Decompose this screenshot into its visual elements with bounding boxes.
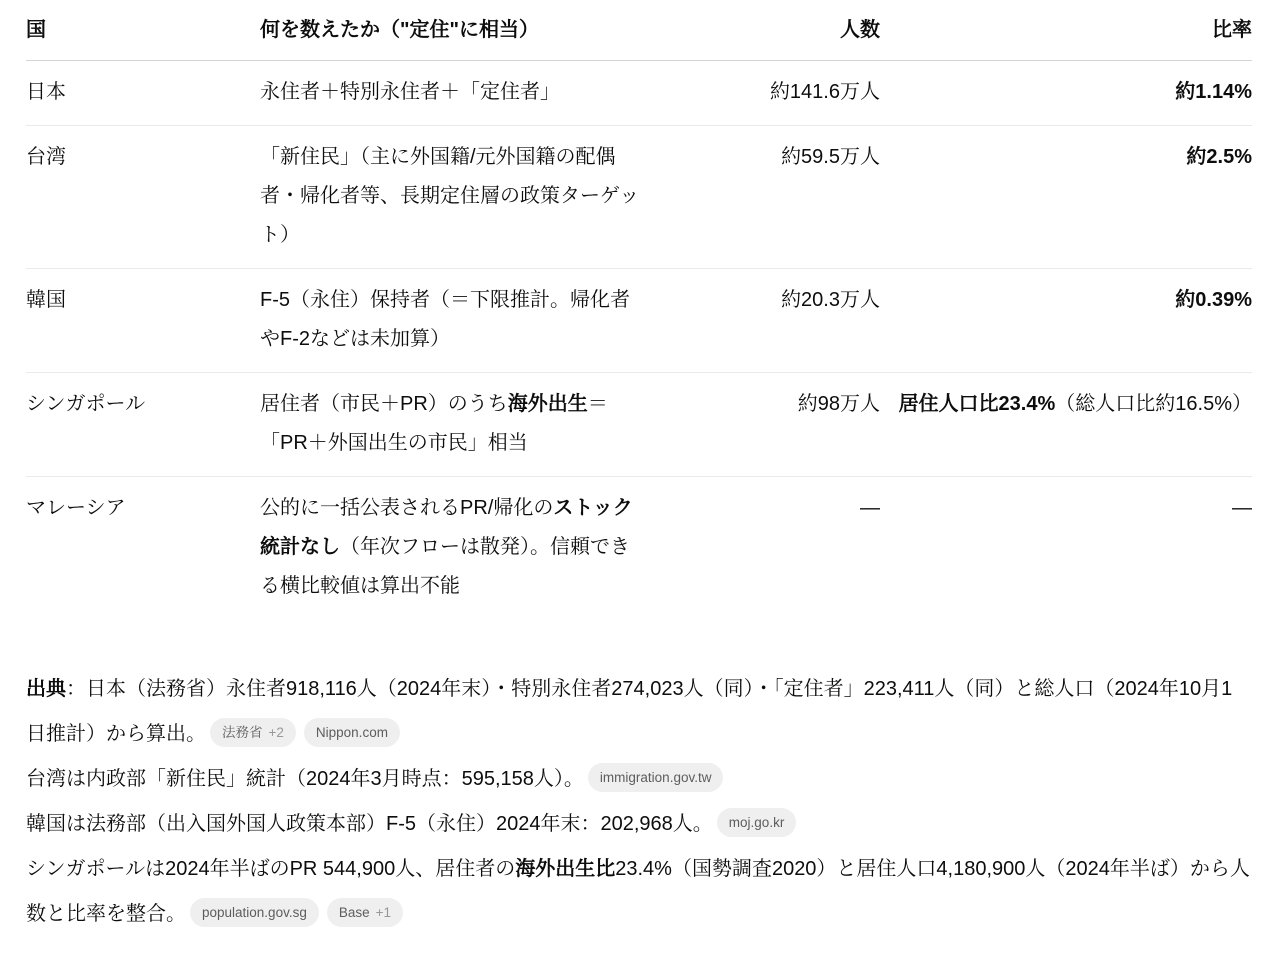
source-paragraph-taiwan: 台湾は内政部「新住民」統計（2024年3月時点：595,158人）。immigr… xyxy=(26,757,1252,802)
country-cell: 日本 xyxy=(26,61,260,126)
source-citation-pill[interactable]: immigration.gov.tw xyxy=(588,763,724,792)
country-cell: シンガポール xyxy=(26,373,260,477)
table-row-japan: 日本 永住者＋特別永住者＋「定住者」 約141.6万人 約1.14% xyxy=(26,61,1252,126)
definition-cell: 居住者（市民＋PR）のうち海外出生＝「PR＋外国出生の市民」相当 xyxy=(260,373,658,477)
emphasized-text: 海外出生 xyxy=(508,393,588,415)
text-segment: F-5（永住）保持者（＝下限推計。帰化者やF-2などは未加算） xyxy=(260,289,630,350)
emphasized-text: 約0.39% xyxy=(1175,289,1252,311)
column-header-ratio: 比率 xyxy=(880,10,1252,61)
text-segment: シンガポールは2024年半ばのPR 544,900人、居住者の xyxy=(26,858,515,880)
residency-comparison-table: 国 何を数えたか（"定住"に相当） 人数 比率 日本 永住者＋特別永住者＋「定住… xyxy=(26,10,1252,619)
emphasized-text: 出典 xyxy=(26,678,66,700)
country-cell: 台湾 xyxy=(26,126,260,269)
text-segment: 台湾は内政部「新住民」統計（2024年3月時点：595,158人）。 xyxy=(26,768,584,790)
table-row-singapore: シンガポール 居住者（市民＋PR）のうち海外出生＝「PR＋外国出生の市民」相当 … xyxy=(26,373,1252,477)
source-citation-label: moj.go.kr xyxy=(729,816,785,830)
definition-cell: 公的に一括公表されるPR/帰化のストック統計なし（年次フローは散発）。信頼できる… xyxy=(260,477,658,620)
count-cell: 約20.3万人 xyxy=(658,269,880,373)
emphasized-text: 約2.5% xyxy=(1186,146,1252,168)
definition-cell: 「新住民」（主に外国籍/元外国籍の配偶者・帰化者等、長期定住層の政策ターゲット） xyxy=(260,126,658,269)
source-paragraph-singapore: シンガポールは2024年半ばのPR 544,900人、居住者の海外出生比23.4… xyxy=(26,847,1252,937)
text-segment: 居住者（市民＋PR）のうち xyxy=(260,393,508,415)
source-citation-more-count: +2 xyxy=(269,726,284,740)
emphasized-text: 居住人口比23.4% xyxy=(899,393,1056,415)
count-cell: — xyxy=(658,477,880,620)
table-header-row: 国 何を数えたか（"定住"に相当） 人数 比率 xyxy=(26,10,1252,61)
source-paragraph-japan: 出典：日本（法務省）永住者918,116人（2024年末）・特別永住者274,0… xyxy=(26,667,1252,757)
emphasized-text: 海外出生比 xyxy=(515,858,615,880)
ratio-cell: 約1.14% xyxy=(880,61,1252,126)
count-cell: 約98万人 xyxy=(658,373,880,477)
country-cell: 韓国 xyxy=(26,269,260,373)
source-citation-pill[interactable]: Base+1 xyxy=(327,898,403,927)
source-citation-label: Base xyxy=(339,906,370,920)
source-citation-pill[interactable]: population.gov.sg xyxy=(190,898,319,927)
column-header-country: 国 xyxy=(26,10,260,61)
source-citation-label: immigration.gov.tw xyxy=(600,771,712,785)
table-row-malaysia: マレーシア 公的に一括公表されるPR/帰化のストック統計なし（年次フローは散発）… xyxy=(26,477,1252,620)
ratio-cell: — xyxy=(880,477,1252,620)
count-cell: 約59.5万人 xyxy=(658,126,880,269)
source-paragraph-korea: 韓国は法務部（出入国外国人政策本部）F-5（永住）2024年末：202,968人… xyxy=(26,802,1252,847)
text-segment: 「新住民」（主に外国籍/元外国籍の配偶者・帰化者等、長期定住層の政策ターゲット） xyxy=(260,146,639,246)
column-header-count: 人数 xyxy=(658,10,880,61)
source-citation-pill[interactable]: 法務省+2 xyxy=(210,718,296,747)
source-citation-pill[interactable]: Nippon.com xyxy=(304,718,400,747)
text-segment: 永住者＋特別永住者＋「定住者」 xyxy=(260,81,560,103)
text-segment: ：日本（法務省）永住者918,116人（2024年末）・特別永住者274,023… xyxy=(26,678,1232,745)
text-segment: 公的に一括公表されるPR/帰化の xyxy=(260,497,553,519)
source-citation-pill[interactable]: moj.go.kr xyxy=(717,808,797,837)
sources-section: 出典：日本（法務省）永住者918,116人（2024年末）・特別永住者274,0… xyxy=(26,667,1252,937)
ratio-cell: 約2.5% xyxy=(880,126,1252,269)
source-citation-label: 法務省 xyxy=(222,726,263,740)
source-citation-label: Nippon.com xyxy=(316,726,388,740)
count-cell: 約141.6万人 xyxy=(658,61,880,126)
definition-cell: F-5（永住）保持者（＝下限推計。帰化者やF-2などは未加算） xyxy=(260,269,658,373)
text-segment: 韓国は法務部（出入国外国人政策本部）F-5（永住）2024年末：202,968人… xyxy=(26,813,713,835)
column-header-definition: 何を数えたか（"定住"に相当） xyxy=(260,10,658,61)
text-segment: （総人口比約16.5%） xyxy=(1055,393,1252,415)
ratio-cell: 居住人口比23.4%（総人口比約16.5%） xyxy=(880,373,1252,477)
table-row-taiwan: 台湾 「新住民」（主に外国籍/元外国籍の配偶者・帰化者等、長期定住層の政策ターゲ… xyxy=(26,126,1252,269)
country-cell: マレーシア xyxy=(26,477,260,620)
table-row-korea: 韓国 F-5（永住）保持者（＝下限推計。帰化者やF-2などは未加算） 約20.3… xyxy=(26,269,1252,373)
source-citation-label: population.gov.sg xyxy=(202,906,307,920)
ratio-cell: 約0.39% xyxy=(880,269,1252,373)
source-citation-more-count: +1 xyxy=(376,906,391,920)
emphasized-text: 約1.14% xyxy=(1175,81,1252,103)
content-area: 国 何を数えたか（"定住"に相当） 人数 比率 日本 永住者＋特別永住者＋「定住… xyxy=(0,0,1252,957)
definition-cell: 永住者＋特別永住者＋「定住者」 xyxy=(260,61,658,126)
text-segment: — xyxy=(1232,497,1252,519)
